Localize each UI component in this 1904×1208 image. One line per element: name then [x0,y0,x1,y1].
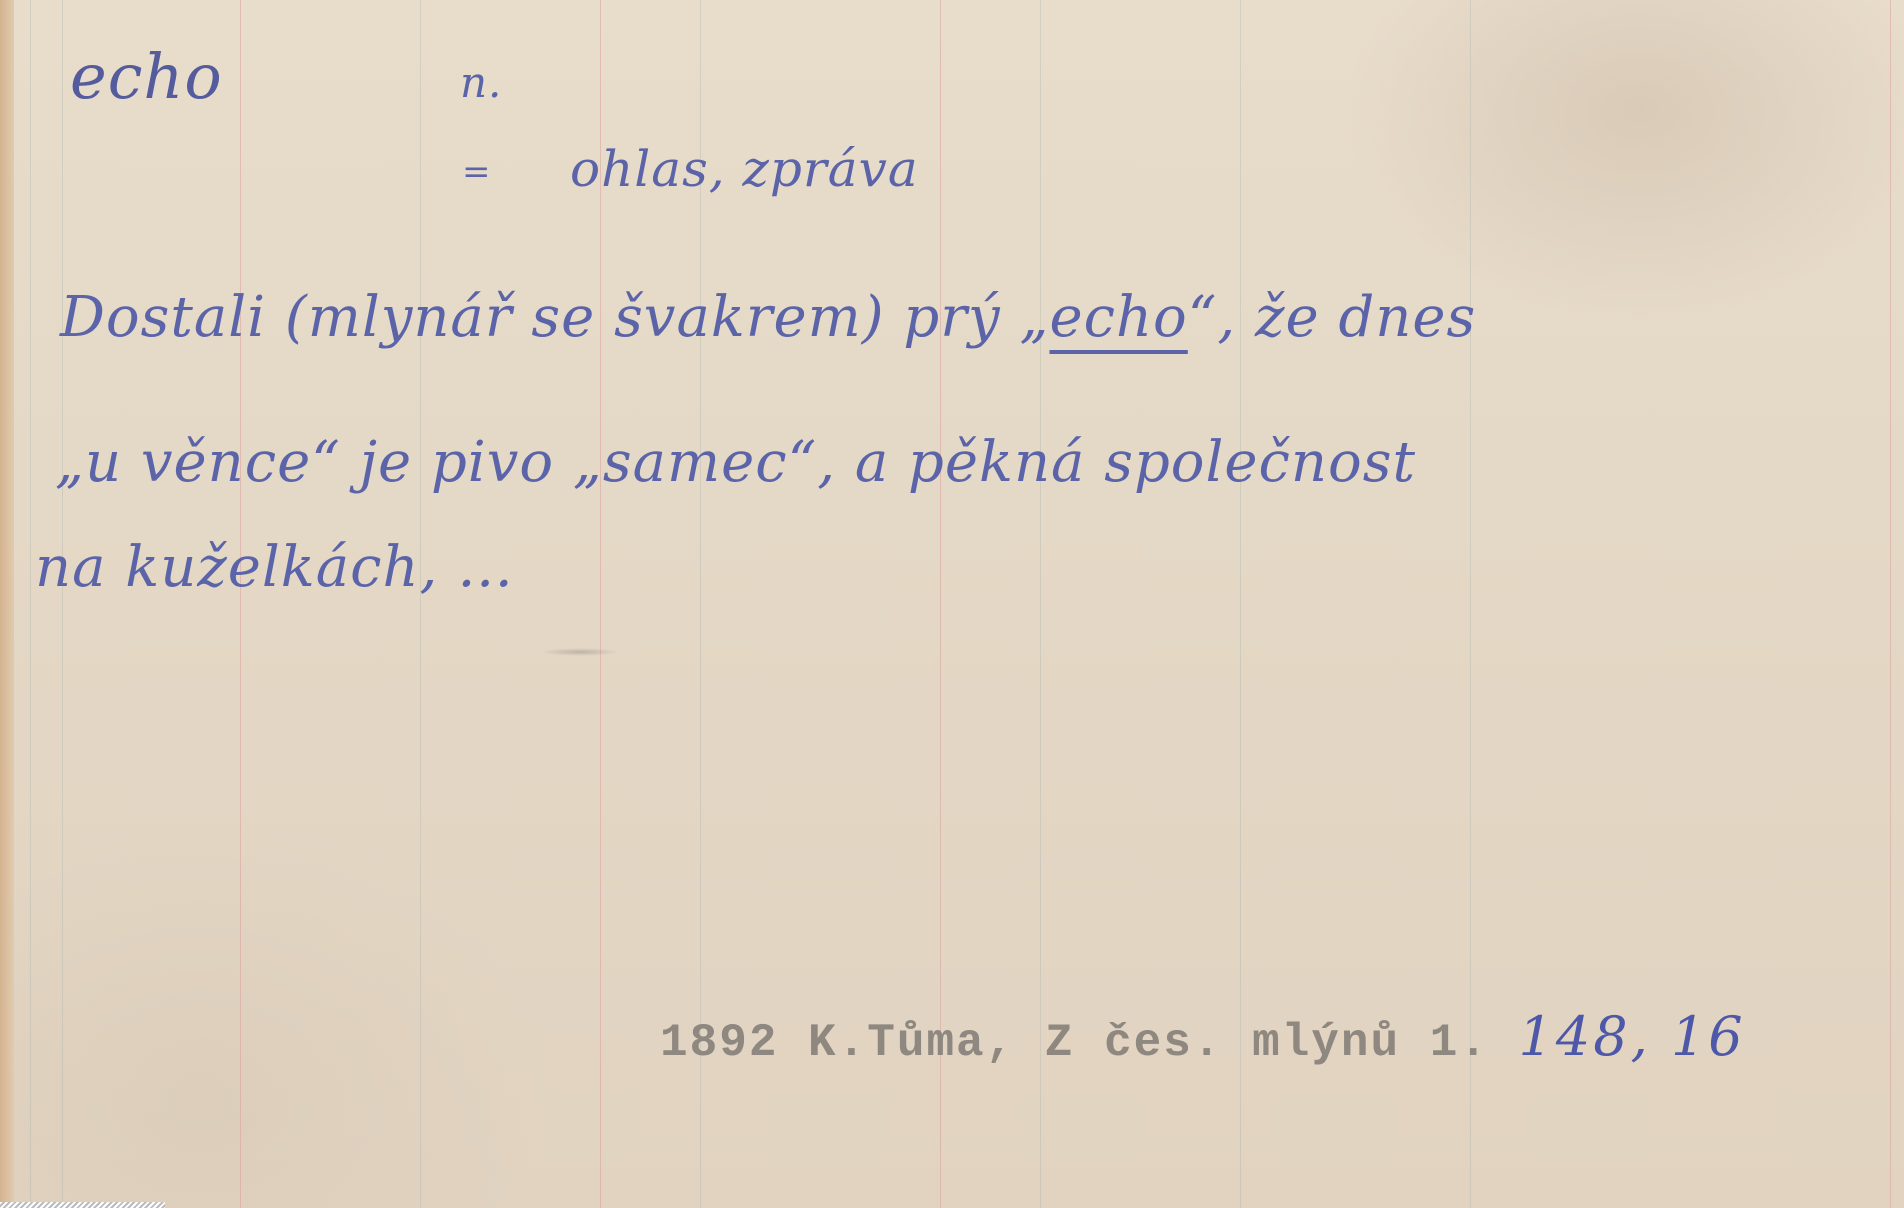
card-edge [0,0,14,1208]
citation-typed: 1892 K.Tůma, Z čes. mlýnů 1. [660,1017,1489,1069]
example-text: “, že dnes [1188,285,1476,350]
ruling-line [240,0,241,1208]
ruling-line [1890,0,1891,1208]
ruling-line [62,0,63,1208]
headword: echo [70,40,223,113]
citation-pages: 148, 16 [1519,1005,1746,1068]
example-line-3: na kuželkách, … [35,535,514,600]
scan-artifact [0,1202,165,1208]
index-card: echo n. = ohlas, zpráva Dostali (mlynář … [0,0,1904,1208]
example-line-2: „u věnce“ je pivo „samec“, a pěkná spole… [55,430,1416,495]
example-text: Dostali (mlynář se švakrem) prý „ [60,285,1049,350]
citation: 1892 K.Tůma, Z čes. mlýnů 1. 148, 16 [660,1005,1746,1069]
ruling-line [30,0,31,1208]
ink-smudge [540,648,620,656]
grammar-label: n. [460,58,502,107]
equals-sign: = [462,152,492,192]
example-line-1: Dostali (mlynář se švakrem) prý „echo“, … [60,285,1476,350]
gloss: ohlas, zpráva [570,140,919,198]
example-keyword: echo [1049,285,1187,350]
ruling-line [420,0,421,1208]
